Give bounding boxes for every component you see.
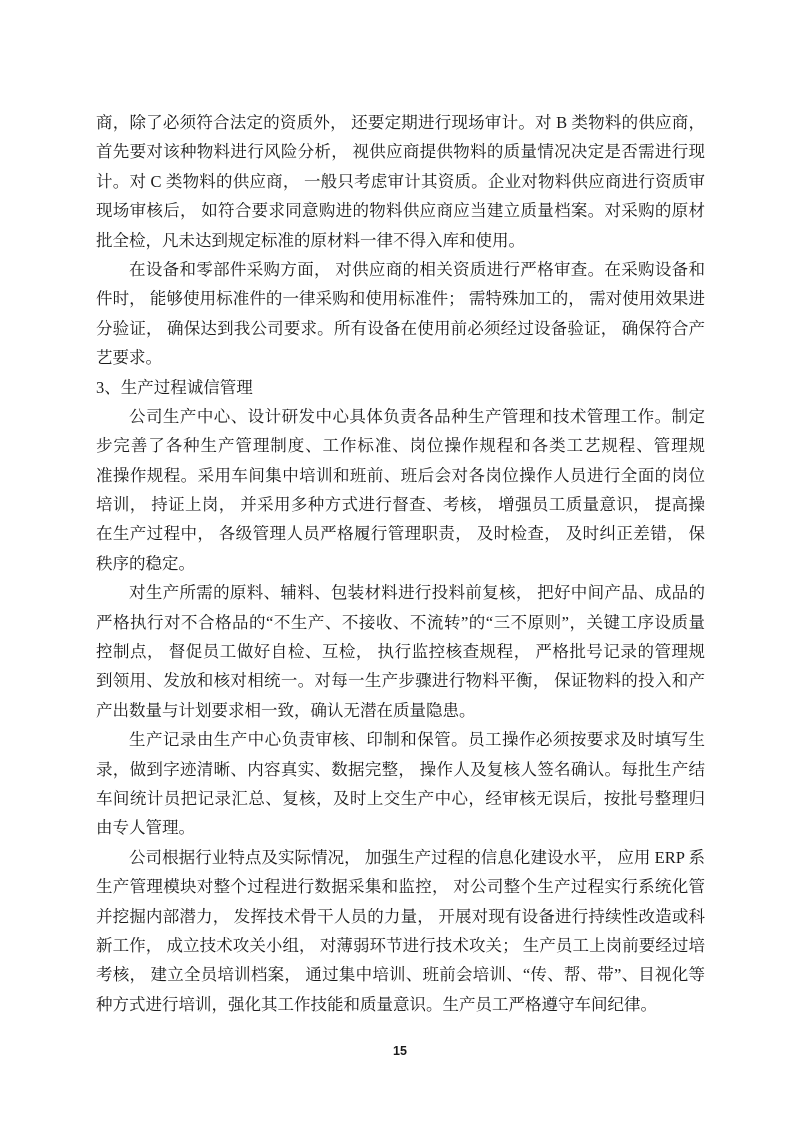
text-line: 现场审核后， 如符合要求同意购进的物料供应商应当建立质量档案。对采购的原材料批 <box>96 196 705 225</box>
text-line: 在设备和零部件采购方面， 对供应商的相关资质进行严格审查。在采购设备和零部 <box>96 255 705 284</box>
paragraph: 公司根据行业特点及实际情况， 加强生产过程的信息化建设水平， 应用 ERP 系统… <box>96 843 705 1019</box>
text-line: 到领用、发放和核对相统一。对每一生产步骤进行物料平衡， 保证物料的投入和产品的 <box>96 666 705 695</box>
text-line: 件时， 能够使用标准件的一律采购和使用标准件； 需特殊加工的， 需对使用效果进行… <box>96 284 705 313</box>
text-line: 准操作规程。采用车间集中培训和班前、班后会对各岗位操作人员进行全面的岗位技能 <box>96 461 705 490</box>
section: 3、生产过程诚信管理 <box>96 373 705 402</box>
text-line: 分验证， 确保达到我公司要求。所有设备在使用前必须经过设备验证， 确保符合产品工 <box>96 314 705 343</box>
document-page: 商，除了必须符合法定的资质外， 还要定期进行现场审计。对 B 类物料的供应商， … <box>0 0 800 1131</box>
text-line: 控制点， 督促员工做好自检、互检， 执行监控核查规程， 严格批号记录的管理规程，… <box>96 637 705 666</box>
text-line: 考核， 建立全员培训档案， 通过集中培训、班前会培训、“传、帮、带”、目视化等多 <box>96 960 705 989</box>
text-line: 生产管理模块对整个过程进行数据采集和监控， 对公司整个生产过程实行系统化管理， <box>96 872 705 901</box>
text-line: 公司根据行业特点及实际情况， 加强生产过程的信息化建设水平， 应用 ERP 系统… <box>96 843 705 872</box>
text-line: 步完善了各种生产管理制度、工作标准、岗位操作规程和各类工艺规程、管理规程、标 <box>96 431 705 460</box>
text-line: 批全检，凡未达到规定标准的原材料一律不得入库和使用。 <box>96 226 705 255</box>
text-line: 培训， 持证上岗， 并采用多种方式进行督查、考核， 增强员工质量意识， 提高操作… <box>96 490 705 519</box>
text-line: 在生产过程中， 各级管理人员严格履行管理职责， 及时检查， 及时纠正差错， 保证… <box>96 519 705 548</box>
text-line: 秩序的稳定。 <box>96 549 705 578</box>
text-block: 商，除了必须符合法定的资质外， 还要定期进行现场审计。对 B 类物料的供应商， … <box>96 108 705 1019</box>
paragraph: 公司生产中心、设计研发中心具体负责各品种生产管理和技术管理工作。制定并逐 步完善… <box>96 402 705 578</box>
text-line: 首先要对该种物料进行风险分析， 视供应商提供物料的质量情况决定是否需进行现场审 <box>96 137 705 166</box>
text-line: 新工作， 成立技术攻关小组， 对薄弱环节进行技术攻关； 生产员工上岗前要经过培训… <box>96 931 705 960</box>
text-line: 车间统计员把记录汇总、复核，及时上交生产中心，经审核无误后，按批号整理归档， <box>96 784 705 813</box>
paragraph: 商，除了必须符合法定的资质外， 还要定期进行现场审计。对 B 类物料的供应商， … <box>96 108 705 255</box>
text-line: 计。对 C 类物料的供应商， 一般只考虑审计其资质。企业对物料供应商进行资质审核… <box>96 167 705 196</box>
text-line: 并挖掘内部潜力， 发挥技术骨干人员的力量， 开展对现有设备进行持续性改造或科技创 <box>96 902 705 931</box>
text-line: 产出数量与计划要求相一致，确认无潜在质量隐患。 <box>96 696 705 725</box>
paragraph: 对生产所需的原料、辅料、包装材料进行投料前复核， 把好中间产品、成品的质量， 严… <box>96 578 705 725</box>
text-line: 对生产所需的原料、辅料、包装材料进行投料前复核， 把好中间产品、成品的质量， <box>96 578 705 607</box>
text-line: 生产记录由生产中心负责审核、印制和保管。员工操作必须按要求及时填写生产记 <box>96 725 705 754</box>
text-line: 艺要求。 <box>96 343 705 372</box>
text-line: 录，做到字迹清晰、内容真实、数据完整， 操作人及复核人签名确认。每批生产结束后， <box>96 755 705 784</box>
text-line: 公司生产中心、设计研发中心具体负责各品种生产管理和技术管理工作。制定并逐 <box>96 402 705 431</box>
text-line: 商，除了必须符合法定的资质外， 还要定期进行现场审计。对 B 类物料的供应商， … <box>96 108 705 137</box>
paragraph: 在设备和零部件采购方面， 对供应商的相关资质进行严格审查。在采购设备和零部 件时… <box>96 255 705 373</box>
page-number: 15 <box>0 1044 800 1058</box>
text-line: 严格执行对不合格品的“不生产、不接收、不流转”的“三不原则”，关键工序设质量 <box>96 608 705 637</box>
text-line: 由专人管理。 <box>96 813 705 842</box>
section-heading: 3、生产过程诚信管理 <box>96 373 705 402</box>
text-line: 种方式进行培训，强化其工作技能和质量意识。生产员工严格遵守车间纪律。 <box>96 990 705 1019</box>
paragraph: 生产记录由生产中心负责审核、印制和保管。员工操作必须按要求及时填写生产记 录，做… <box>96 725 705 843</box>
